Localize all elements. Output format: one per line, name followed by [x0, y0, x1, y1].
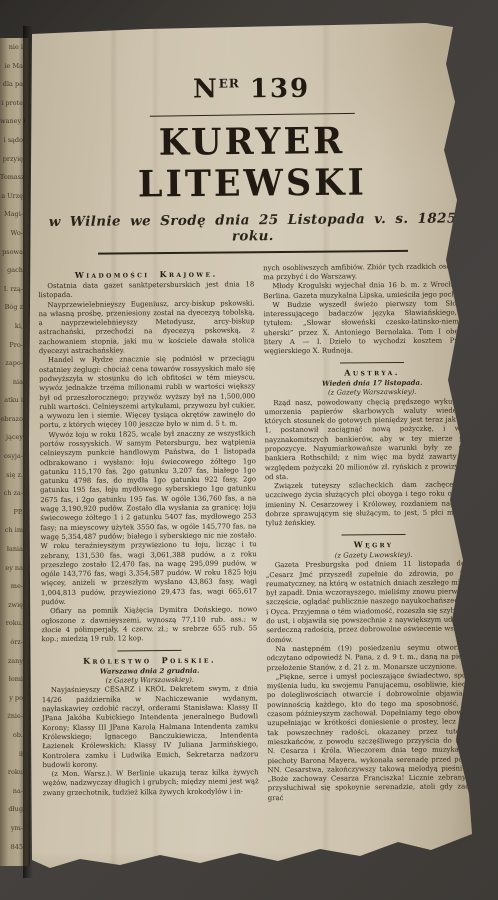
left-column: Wiadomości Krajowe.Ostatnia data gazet s… [38, 264, 259, 805]
article-paragraph: Gazeta Presburgska pod dniem 11 listopad… [266, 560, 483, 646]
article-paragraph-continued: nych osobliwszych amfibiów. Zbiór tych r… [263, 262, 479, 282]
masthead-dateline: w Wilnie we Srodę dnia 25 Listopada v. s… [28, 210, 478, 246]
article-paragraph: W Budzie wyszedł świeżo pierwszy tom Sło… [263, 299, 479, 357]
issue-prefix: N [193, 74, 219, 104]
right-column: nych osobliwszych amfibiów. Zbiór tych r… [263, 262, 484, 803]
section-heading: Węgry [266, 539, 482, 550]
article-paragraph: (z Mon. Warsz.). W Berlinie ukazują tera… [43, 768, 259, 798]
section-divider [341, 534, 405, 536]
page-content: NER139 KURYER LITEWSKI w Wilnie we Srodę… [26, 18, 483, 805]
masthead: NER139 KURYER LITEWSKI w Wilnie we Srodę… [26, 64, 478, 255]
section-heading: Austrya. [264, 367, 480, 378]
section-divider [117, 649, 181, 651]
article-paragraph: „Piękne, serce i umysł pocieszające świa… [267, 671, 484, 803]
article-paragraph: Młody Krogulski wyjechał dnia 16 b. m. z… [263, 281, 479, 301]
article-paragraph: Wywóz łoju w roku 1825, wcale był znaczn… [40, 429, 258, 608]
article-paragraph: Handel w Rydze znacznie się podniósł w p… [39, 355, 256, 431]
section-heading: Królestwo Polskie. [42, 655, 258, 666]
newspaper-title: KURYER LITEWSKI [27, 119, 478, 206]
article-paragraph: Ostatnia data gazet sanktpetersburskich … [38, 280, 254, 300]
issue-value: 139 [250, 73, 311, 104]
newspaper-page: NER139 KURYER LITEWSKI w Wilnie we Srodę… [26, 22, 476, 882]
article-paragraph: Ofiary na pomnik Xiążęcia Dymitra Doński… [41, 606, 257, 645]
article-paragraph: Nayjaśnieyszy CESARZ i KRÓL Dekretem swy… [42, 685, 259, 771]
section-heading: Wiadomości Krajowe. [38, 269, 254, 280]
article-paragraph: Na następném (19) posiedzeniu seymu otwo… [266, 643, 482, 673]
issue-number: NER139 [26, 64, 476, 108]
article-paragraph: Rząd nasz, powodowany chęcią prędszego w… [264, 397, 481, 483]
issue-superscript: ER [219, 76, 240, 90]
article-columns: Wiadomości Krajowe.Ostatnia data gazet s… [28, 262, 483, 805]
section-divider [340, 362, 404, 364]
scan-background: nie iie Madla pai protewaney ii sądoprzy… [0, 0, 498, 900]
masthead-rule-bottom [98, 250, 408, 255]
article-paragraph: Związek tuteyszy szlacheckich dam zachęc… [265, 480, 481, 528]
masthead-rule-top [149, 113, 354, 117]
article-paragraph: Nayprzewielebnieyszy Eugeniusz, arcy-bis… [38, 299, 254, 357]
